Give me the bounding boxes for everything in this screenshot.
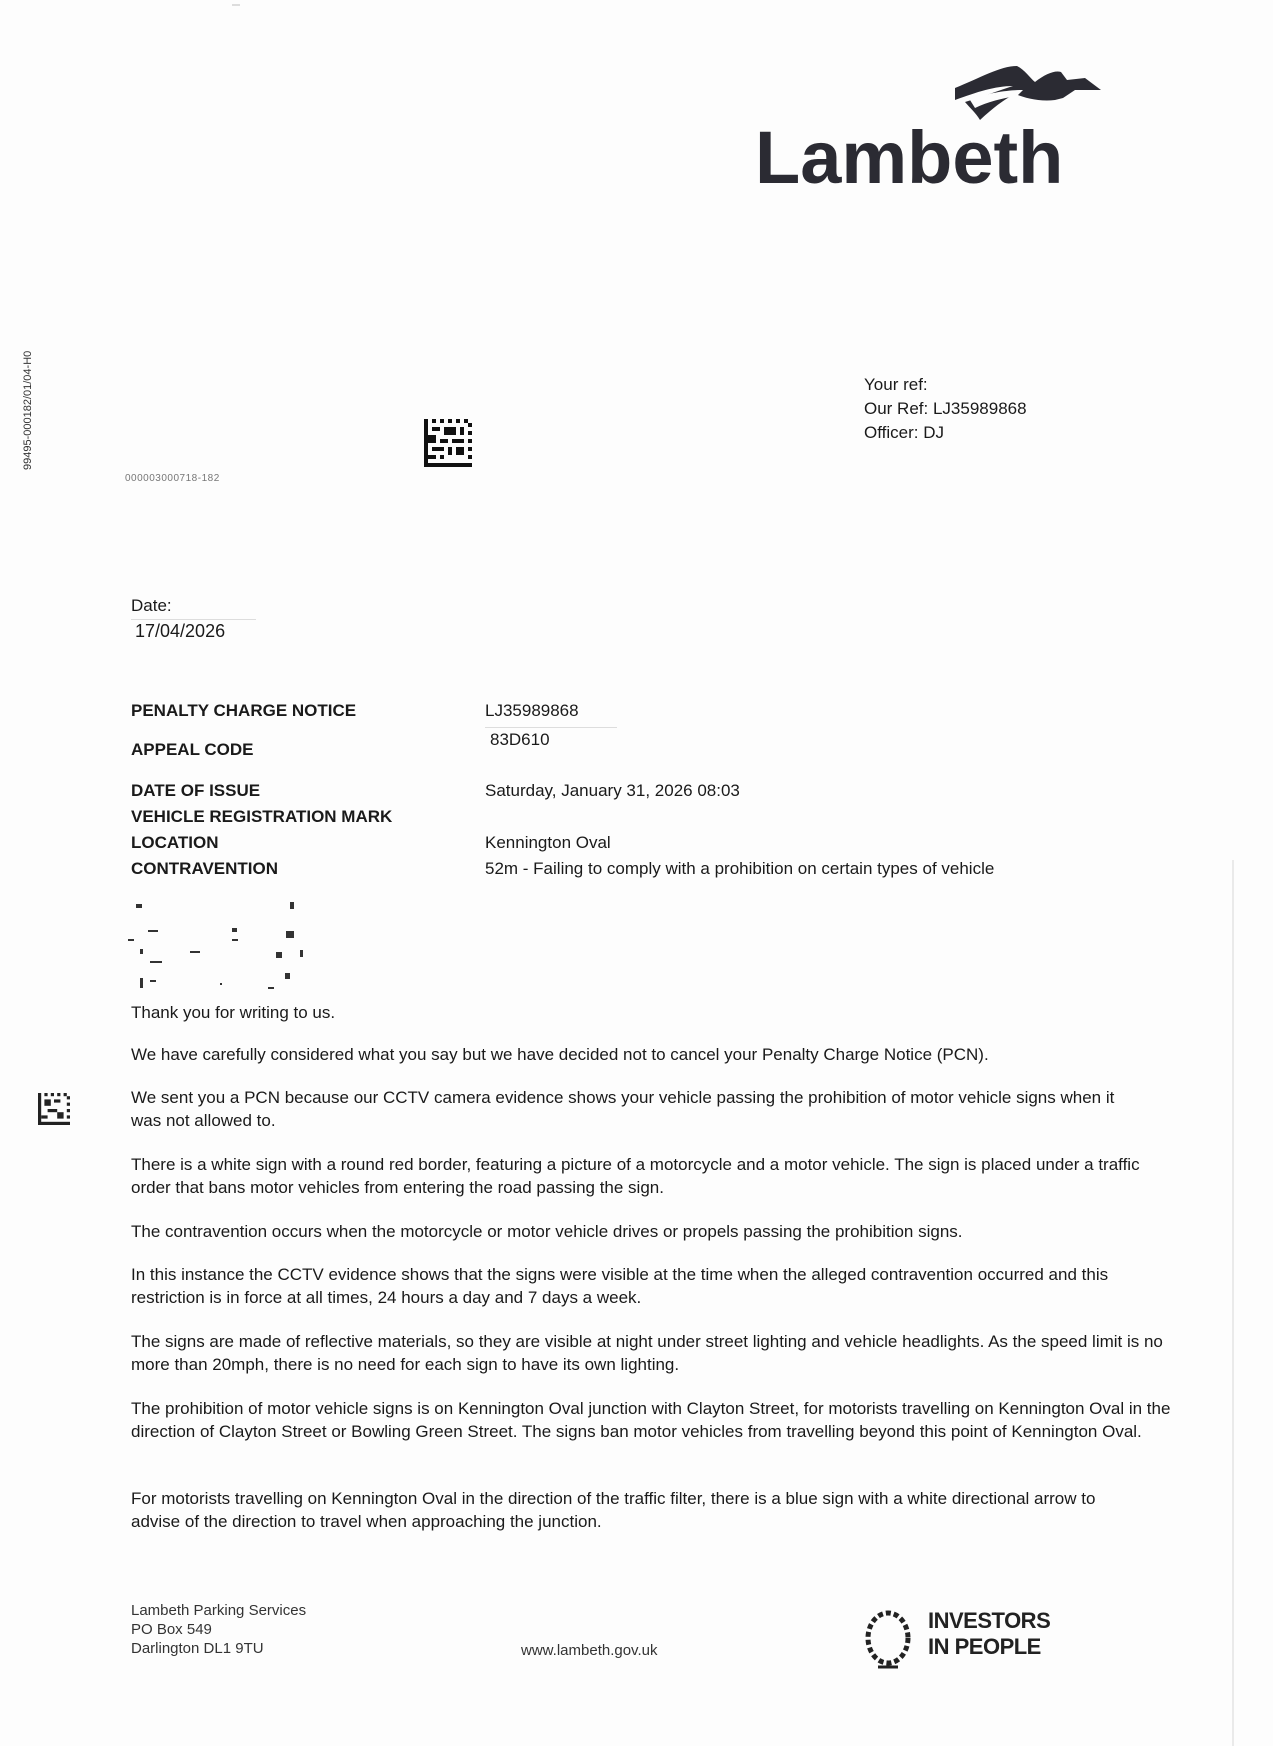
- redacted-address: [128, 895, 318, 990]
- address-line: Lambeth Parking Services: [131, 1601, 306, 1620]
- vrm-label: VEHICLE REGISTRATION MARK: [131, 807, 392, 827]
- date-of-issue-label: DATE OF ISSUE: [131, 781, 260, 801]
- your-ref: Your ref:: [864, 373, 1027, 397]
- body-paragraph: In this instance the CCTV evidence shows…: [131, 1263, 1141, 1309]
- lambeth-logo-text: Lambeth: [755, 115, 1063, 200]
- body-paragraph: We sent you a PCN because our CCTV camer…: [131, 1086, 1121, 1132]
- investors-in-people-text: INVESTORS IN PEOPLE: [928, 1608, 1050, 1660]
- datamatrix-code-icon: [424, 419, 472, 467]
- contravention-value: 52m - Failing to comply with a prohibiti…: [485, 859, 994, 879]
- date-of-issue-value: Saturday, January 31, 2026 08:03: [485, 781, 740, 801]
- body-paragraph: Thank you for writing to us.: [131, 1001, 1151, 1024]
- address-line: PO Box 549: [131, 1620, 306, 1639]
- footer-address: Lambeth Parking Services PO Box 549 Darl…: [131, 1601, 306, 1658]
- body-paragraph: The signs are made of reflective materia…: [131, 1330, 1171, 1376]
- pcn-label: PENALTY CHARGE NOTICE: [131, 701, 356, 721]
- pcn-value: LJ35989868: [485, 701, 579, 721]
- location-value: Kennington Oval: [485, 833, 611, 853]
- datamatrix-code-icon: [38, 1093, 70, 1125]
- divider: [485, 727, 617, 728]
- scan-mark: [232, 4, 240, 6]
- body-paragraph: For motorists travelling on Kennington O…: [131, 1487, 1121, 1533]
- body-paragraph: The prohibition of motor vehicle signs i…: [131, 1397, 1176, 1443]
- appeal-code-label: APPEAL CODE: [131, 740, 254, 760]
- website-link[interactable]: www.lambeth.gov.uk: [521, 1642, 657, 1659]
- scan-edge: [1232, 860, 1234, 1746]
- location-label: LOCATION: [131, 833, 219, 853]
- body-paragraph: There is a white sign with a round red b…: [131, 1153, 1151, 1199]
- appeal-code-value: 83D610: [490, 730, 550, 750]
- body-paragraph: The contravention occurs when the motorc…: [131, 1220, 1151, 1243]
- our-ref: Our Ref: LJ35989868: [864, 397, 1027, 421]
- contravention-label: CONTRAVENTION: [131, 859, 278, 879]
- divider: [131, 619, 256, 620]
- officer: Officer: DJ: [864, 421, 1027, 445]
- date-label: Date:: [131, 596, 172, 616]
- barcode-number: 000003000718-182: [125, 473, 220, 484]
- address-line: Darlington DL1 9TU: [131, 1639, 306, 1658]
- reference-block: Your ref: Our Ref: LJ35989868 Officer: D…: [864, 373, 1027, 445]
- date-value: 17/04/2026: [135, 621, 225, 642]
- body-paragraph: We have carefully considered what you sa…: [131, 1043, 1151, 1066]
- side-reference-code: 99495-000182/01/04-H0: [22, 351, 34, 470]
